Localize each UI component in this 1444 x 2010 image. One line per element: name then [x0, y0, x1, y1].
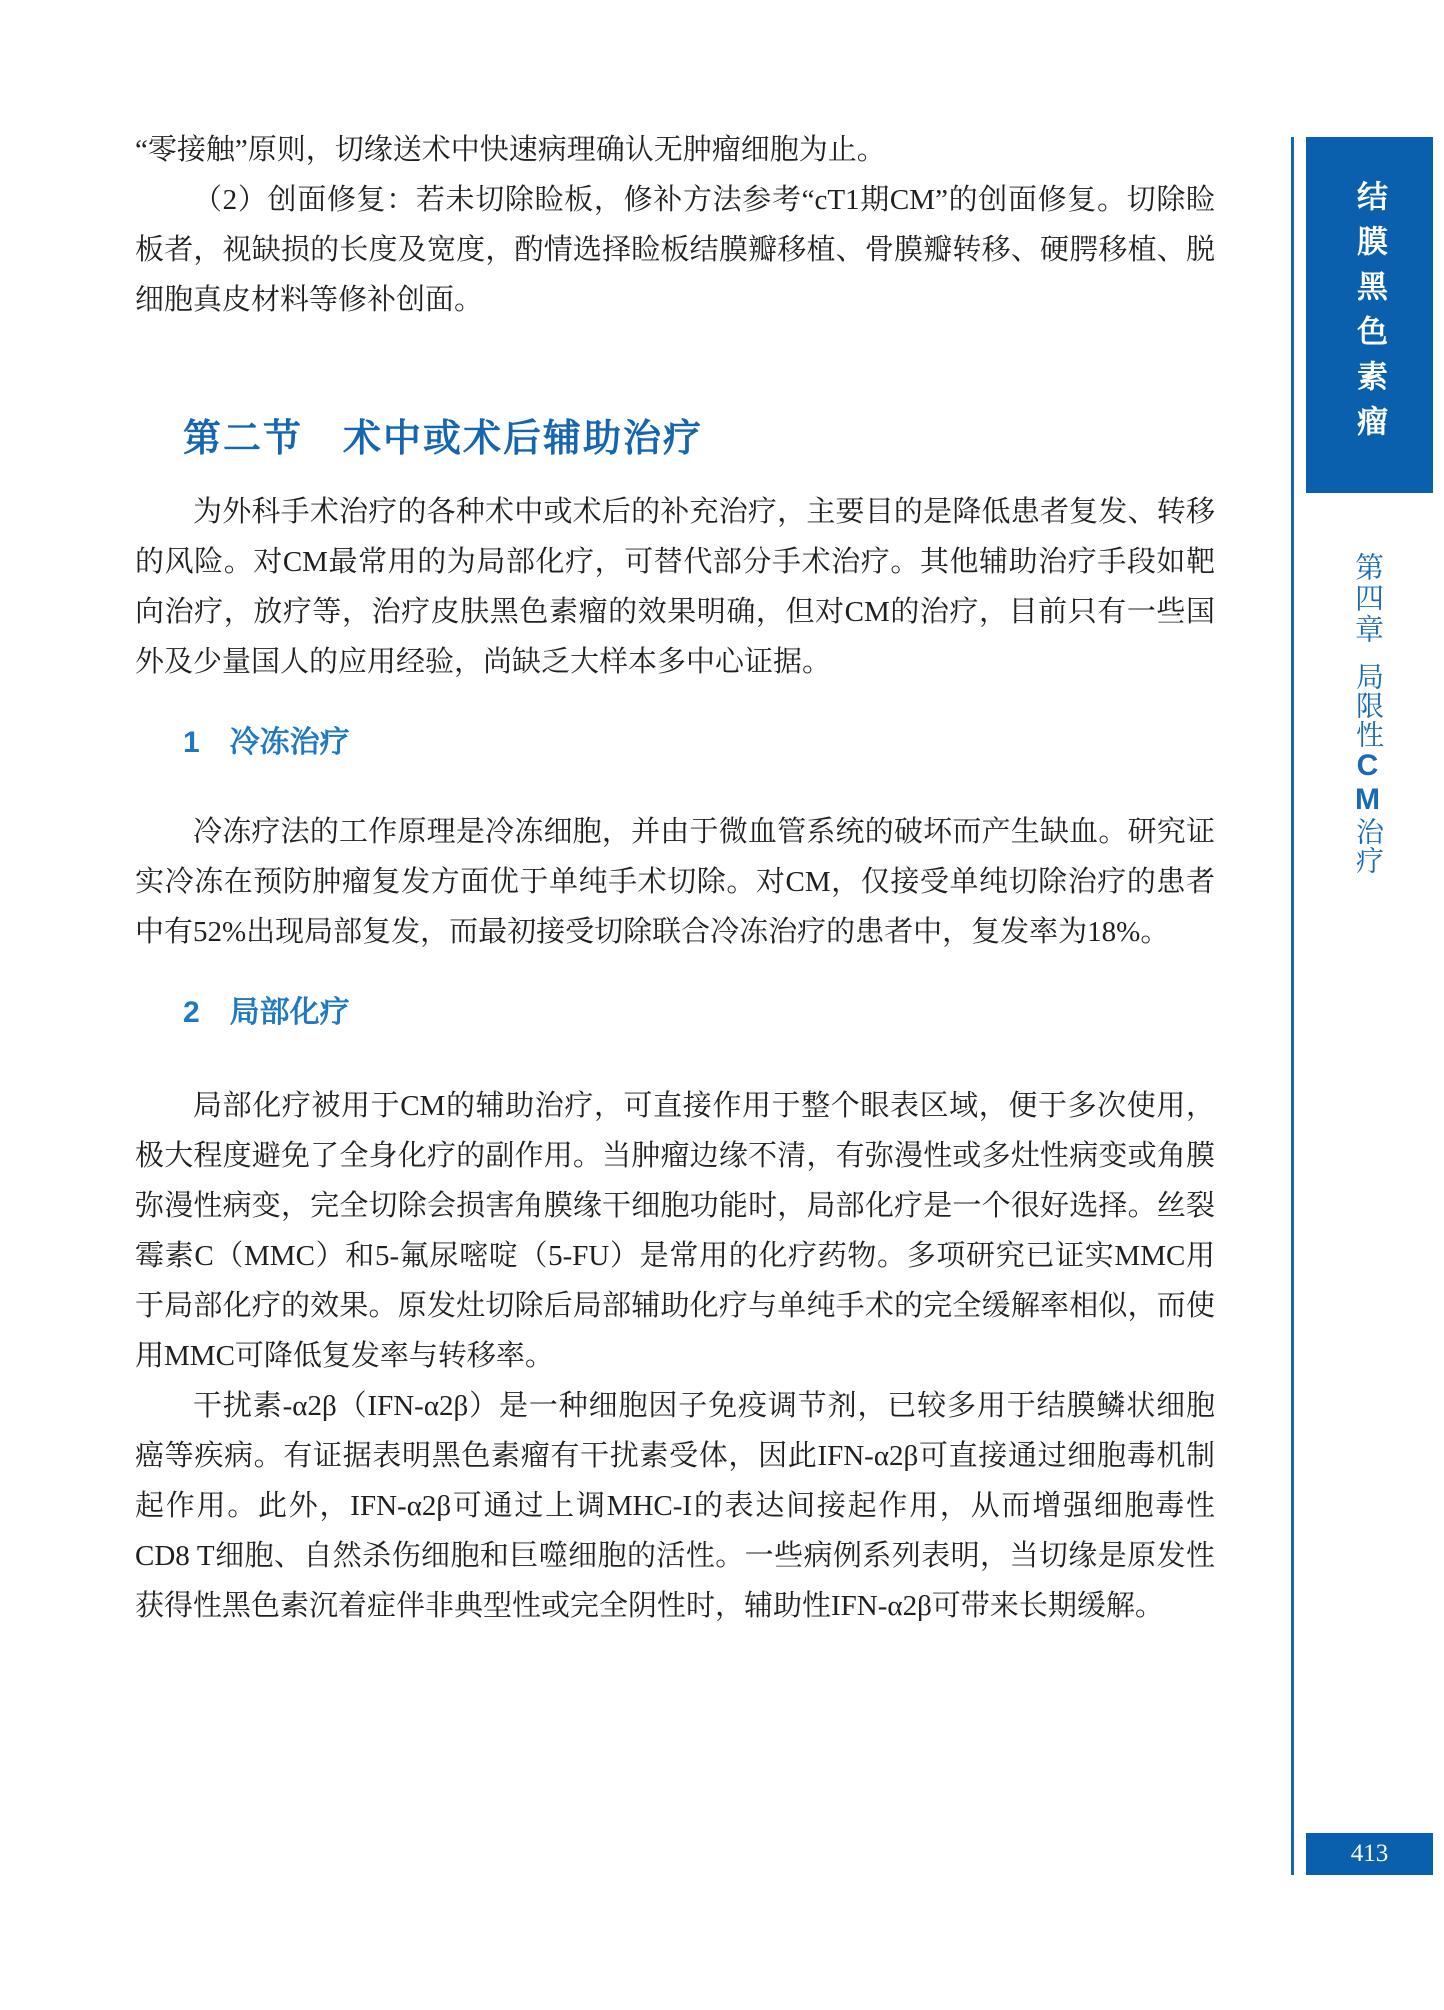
chapter-title-suffix: 治疗	[1352, 817, 1383, 875]
paragraph-section-intro: 为外科手术治疗的各种术中或术后的补充治疗，主要目的是降低患者复发、转移的风险。对…	[135, 487, 1215, 687]
paragraph-cryotherapy: 冷冻疗法的工作原理是冷冻细胞，并由于微血管系统的破坏而产生缺血。研究证实冷冻在预…	[135, 807, 1215, 957]
chapter-title-label: 局限性CM治疗	[1352, 662, 1382, 875]
book-page: “零接触”原则，切缘送术中快速病理确认无肿瘤细胞为止。 （2）创面修复：若未切除…	[0, 0, 1444, 2010]
paragraph-topical-chemo: 局部化疗被用于CM的辅助治疗，可直接作用于整个眼表区域，便于多次使用，极大程度避…	[135, 1081, 1215, 1381]
paragraph-continuation: “零接触”原则，切缘送术中快速病理确认无肿瘤细胞为止。	[135, 125, 1215, 175]
page-number: 413	[1351, 1840, 1389, 1868]
page-number-badge: 413	[1306, 1833, 1433, 1875]
chapter-title-latin: CM	[1351, 749, 1384, 817]
chapter-tab-label: 结膜黑色素瘤	[1354, 180, 1385, 450]
sidebar-rule	[1291, 137, 1294, 1875]
paragraph-wound-repair: （2）创面修复：若未切除睑板，修补方法参考“cT1期CM”的创面修复。切除睑板者…	[135, 175, 1215, 325]
paragraph-interferon: 干扰素-α2β（IFN-α2β）是一种细胞因子免疫调节剂，已较多用于结膜鳞状细胞…	[135, 1381, 1215, 1631]
main-text-column: “零接触”原则，切缘送术中快速病理确认无肿瘤细胞为止。 （2）创面修复：若未切除…	[135, 125, 1215, 1631]
subsection-heading-topical-chemo: 2 局部化疗	[135, 993, 1215, 1033]
chapter-tab: 结膜黑色素瘤	[1306, 137, 1433, 493]
chapter-title-prefix: 局限性	[1352, 662, 1383, 749]
chapter-number-label: 第四章	[1352, 552, 1381, 645]
subsection-heading-cryotherapy: 1 冷冻治疗	[135, 723, 1215, 763]
section-heading: 第二节 术中或术后辅助治疗	[135, 413, 1215, 465]
